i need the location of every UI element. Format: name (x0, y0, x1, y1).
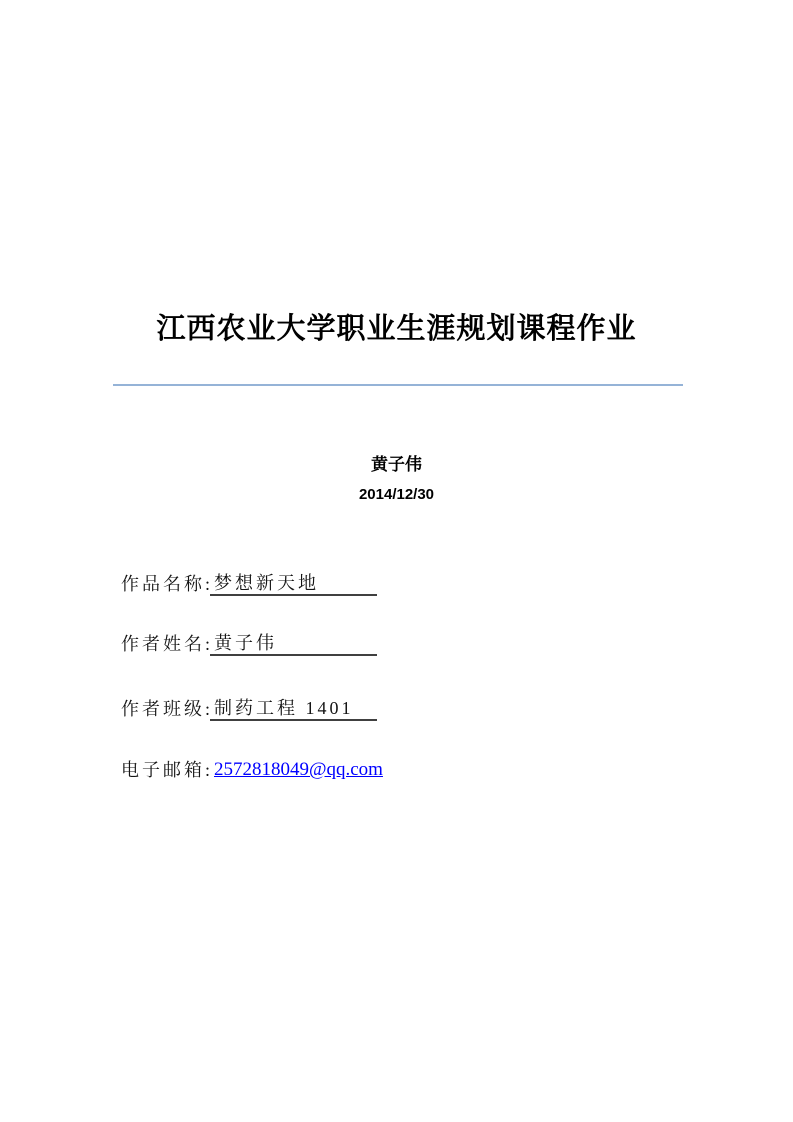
byline-date: 2014/12/30 (0, 486, 793, 504)
title-divider-rule (113, 384, 683, 386)
author-class-value: 制药工程 1401 (210, 696, 377, 721)
field-work-name: 作品名称: 梦想新天地 (121, 571, 213, 598)
document-page: 江西农业大学职业生涯规划课程作业 黄子伟 2014/12/30 作品名称: 梦想… (0, 0, 793, 1122)
email-value-wrap: 2572818049@qq.com (210, 757, 383, 783)
field-author-name: 作者姓名: 黄子伟 (121, 631, 213, 658)
field-email: 电子邮箱: 2572818049@qq.com (121, 757, 213, 784)
author-name-label: 作者姓名: (121, 631, 213, 657)
byline-author: 黄子伟 (0, 455, 793, 475)
email-link[interactable]: 2572818049@qq.com (214, 759, 383, 780)
author-name-value: 黄子伟 (210, 631, 377, 656)
email-label: 电子邮箱: (121, 757, 213, 783)
document-title: 江西农业大学职业生涯规划课程作业 (0, 312, 793, 346)
author-class-label: 作者班级: (121, 696, 213, 722)
work-name-label: 作品名称: (121, 571, 213, 597)
field-author-class: 作者班级: 制药工程 1401 (121, 696, 213, 723)
work-name-value: 梦想新天地 (210, 571, 377, 596)
